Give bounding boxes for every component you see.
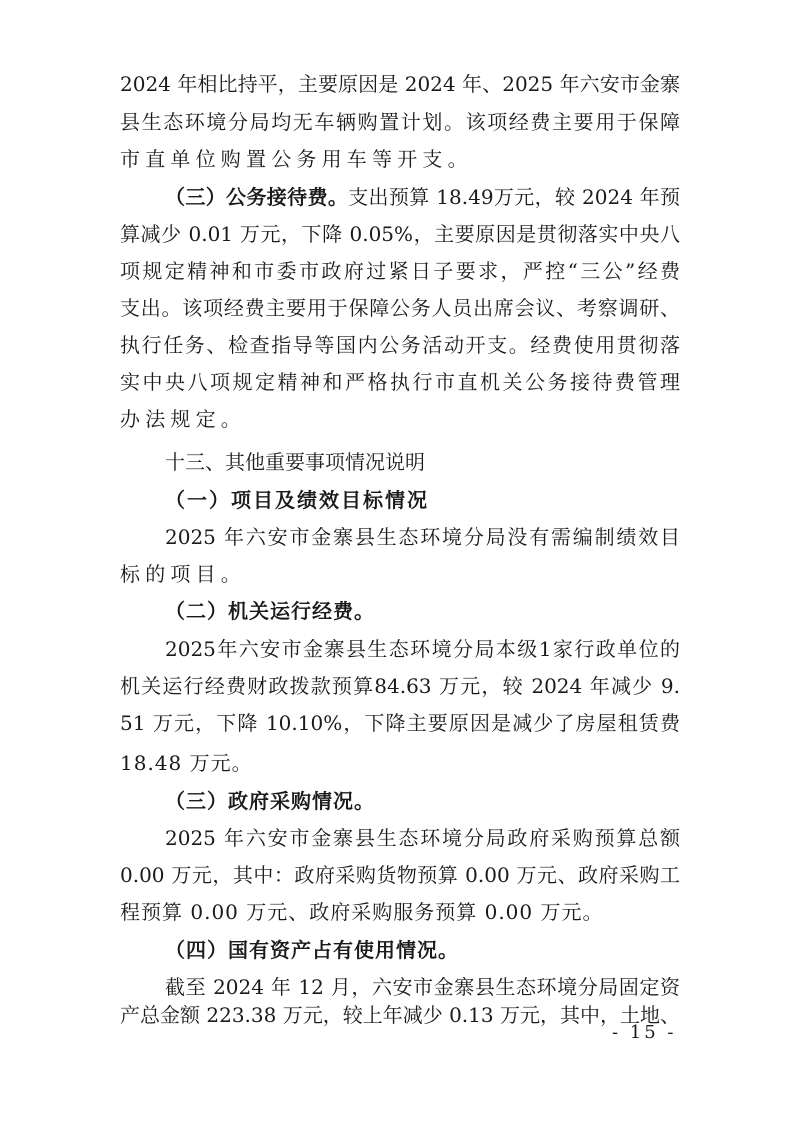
text-line: 项规定精神和市委市政府过紧日子要求，严控“三公”经费 [120,256,680,286]
reception-expense-text: 支出预算 18.49万元，较 2024 年预 [348,185,680,209]
text-line: 执行任务、检查指导等国内公务活动开支。经费使用贯彻落 [120,330,680,360]
reception-expense-heading: （三）公务接待费。 [165,185,348,209]
text-line: 2025 年六安市金寨县生态环境分局政府采购预算总额 [165,823,680,853]
text-line: 实中央八项规定精神和严格执行市直机关公务接待费管理 [120,367,680,397]
text-line: 2025年六安市金寨县生态环境分局本级1家行政单位的 [165,634,680,664]
section-heading: 十三、其他重要事项情况说明 [165,447,680,477]
text-line: 支出。该项经费主要用于保障公务人员出席会议、考察调研、 [120,293,680,323]
sub-heading-projects: （一）项目及绩效目标情况 [165,485,680,515]
sub-heading-operating-expenses: （二）机关运行经费。 [165,596,680,626]
text-line: 0.00 万元，其中：政府采购货物预算 0.00 万元、政府采购工 [120,860,680,890]
text-line: 产总金额 223.38 万元，较上年减少 0.13 万元，其中，土地、 [120,1000,680,1030]
sub-heading-procurement: （三）政府采购情况。 [165,786,680,816]
sub-heading-state-assets: （四）国有资产占有使用情况。 [165,935,680,965]
text-line: 18.48 万元。 [120,748,680,778]
page-number: - 15 - [612,1022,677,1043]
text-line: 2024 年相比持平，主要原因是 2024 年、2025 年六安市金寨 [120,69,680,99]
text-line: 截至 2024 年 12 月，六安市金寨县生态环境分局固定资 [165,972,680,1002]
text-line: 办法规定。 [120,404,680,434]
text-line: 标的项目。 [120,559,680,589]
reception-expense-line: （三）公务接待费。支出预算 18.49万元，较 2024 年预 [165,182,680,212]
text-line: 算减少 0.01 万元，下降 0.05%，主要原因是贯彻落实中央八 [120,219,680,249]
text-line: 2025 年六安市金寨县生态环境分局没有需编制绩效目 [165,522,680,552]
text-line: 51 万元，下降 10.10%，下降主要原因是减少了房屋租赁费 [120,708,680,738]
text-line: 县生态环境分局均无车辆购置计划。该项经费主要用于保障 [120,107,680,137]
text-line: 程预算 0.00 万元、政府采购服务预算 0.00 万元。 [120,897,680,927]
text-line: 机关运行经费财政拨款预算84.63 万元，较 2024 年减少 9. [120,671,680,701]
text-line: 市直单位购置公务用车等开支。 [120,144,680,174]
